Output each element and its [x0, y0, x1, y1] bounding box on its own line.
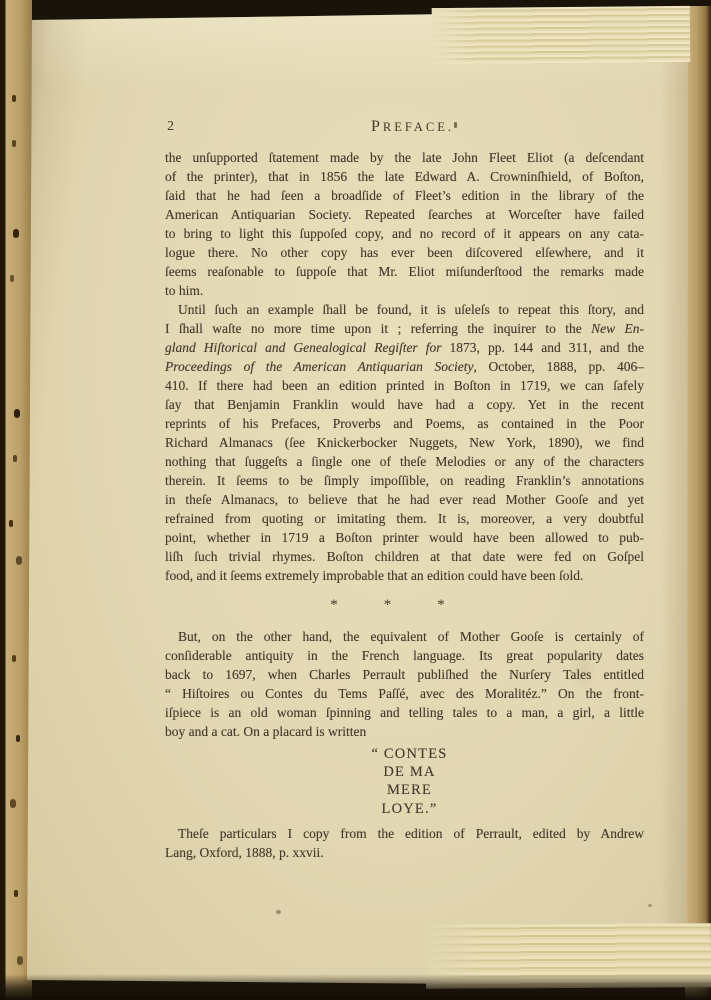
body-text: 410. If there had been an edition printe…	[165, 378, 644, 393]
separator-asterisks: ***	[165, 595, 644, 614]
text-line: of the printer), that in 1856 the late E…	[165, 167, 644, 186]
body-text: But, on the other hand, the equivalent o…	[178, 629, 644, 644]
text-line: Until ſuch an example ſhall be found, it…	[165, 300, 644, 319]
text-line: food, and it ſeems extremely improbable …	[165, 566, 644, 585]
body-text: logue there. No other copy has ever been…	[165, 245, 644, 260]
text-line: But, on the other hand, the equivalent o…	[165, 627, 644, 646]
italic-text: gland Hiſtorical and Genealogical Regiſt…	[165, 340, 442, 355]
text-line: liſh ſuch trivial rhymes. Boſton childre…	[165, 547, 644, 566]
asterisk: *	[437, 596, 445, 615]
body-text: in theſe Almanacs, to believe that he ha…	[165, 492, 644, 507]
body-text: back to 1697, when Charles Perrault publ…	[165, 667, 644, 682]
text-line: conſiderable antiquity in the French lan…	[165, 646, 644, 665]
body-text: iſpiece is an old woman ſpinning and tel…	[165, 705, 644, 720]
placard-line: MERE	[175, 781, 644, 799]
text-line: refrained from quoting or imitating them…	[165, 509, 644, 528]
page-number: 2	[167, 119, 175, 135]
placard-inscription: “ CONTESDE MAMERELOYE.”	[175, 745, 644, 818]
body-text: liſh ſuch trivial rhymes. Boſton childre…	[165, 549, 644, 564]
binding-specks	[12, 95, 16, 102]
running-head-row: 2 PREFACE.	[165, 118, 644, 134]
body-text: Until ſuch an example ſhall be found, it…	[178, 302, 644, 317]
placard-line: LOYE.”	[175, 800, 644, 818]
body-text: ſaid that he had ſeen a broadſide of Fle…	[165, 188, 644, 203]
text-line: reprints of his Prefaces, Proverbs and P…	[165, 414, 644, 433]
text-line: in theſe Almanacs, to believe that he ha…	[165, 490, 644, 509]
italic-text: Proceedings of the American Antiquarian …	[165, 359, 473, 374]
placard-line: DE MA	[175, 763, 644, 781]
paragraph: Theſe particulars I copy from the editio…	[165, 824, 644, 862]
body-text: reprints of his Prefaces, Proverbs and P…	[165, 416, 644, 431]
body-text: food, and it ſeems extremely improbable …	[165, 568, 583, 583]
body-text: to bring to light this ſuppoſed copy, an…	[165, 226, 644, 241]
body-text: of the printer), that in 1856 the late E…	[165, 169, 644, 184]
text-line: “ Hiſtoires ou Contes du Tems Paſſé, ave…	[165, 684, 644, 703]
text-line: ſaid that he had ſeen a broadſide of Fle…	[165, 186, 644, 205]
text-line: 410. If there had been an edition printe…	[165, 376, 644, 395]
text-line: Theſe particulars I copy from the editio…	[165, 824, 644, 843]
text-line: ſeems reaſonable to ſuppoſe that Mr. Eli…	[165, 262, 644, 281]
text-line: gland Hiſtorical and Genealogical Regiſt…	[165, 338, 644, 357]
paragraph: Until ſuch an example ſhall be found, it…	[165, 300, 644, 585]
bottom-shadow	[0, 974, 711, 1000]
body-text: 1873, pp. 144 and 311, and the	[442, 340, 645, 355]
text-line: logue there. No other copy has ever been…	[165, 243, 644, 262]
text-line: American Antiquarian Society. Repeated ſ…	[165, 205, 644, 224]
body-text: ſay that Benjamin Franklin would have ha…	[165, 397, 644, 412]
text-line: Lang, Oxford, 1888, p. xxvii.	[165, 843, 644, 862]
text-line: Proceedings of the American Antiquarian …	[165, 357, 644, 376]
paper-speck	[648, 904, 652, 907]
text-line: back to 1697, when Charles Perrault publ…	[165, 665, 644, 684]
body-text: Lang, Oxford, 1888, p. xxvii.	[165, 845, 324, 860]
body-text: to him.	[165, 283, 203, 298]
page-edge-streaks-top	[432, 6, 690, 64]
body-text: , October, 1888, pp. 406–	[473, 359, 644, 374]
text-line: therein. It ſeems to be ſimply impoſſibl…	[165, 471, 644, 490]
asterisk: *	[330, 596, 338, 615]
text-line: iſpiece is an old woman ſpinning and tel…	[165, 703, 644, 722]
italic-text: New En-	[591, 321, 644, 336]
body-text: conſiderable antiquity in the French lan…	[165, 648, 644, 663]
text-line: I ſhall waſte no more time upon it ; ref…	[165, 319, 644, 338]
body-text: I ſhall waſte no more time upon it ; ref…	[165, 321, 591, 336]
running-header: PREFACE.	[371, 118, 454, 136]
text-line: the unſupported ſtatement made by the la…	[165, 148, 644, 167]
binding-edge	[0, 0, 32, 1000]
body-text: the unſupported ſtatement made by the la…	[165, 150, 644, 165]
body-text: boy and a cat. On a placard is written	[165, 724, 366, 739]
text-line: to bring to light this ſuppoſed copy, an…	[165, 224, 644, 243]
text-line: ſay that Benjamin Franklin would have ha…	[165, 395, 644, 414]
paragraph: But, on the other hand, the equivalent o…	[165, 627, 644, 741]
page-fore-edge	[685, 6, 711, 1000]
body-text: point, whether in 1719 a Boſton printer …	[165, 530, 644, 545]
body-text: nothing that ſuggeſts a ſingle one of th…	[165, 454, 644, 469]
text-flow: the unſupported ſtatement made by the la…	[165, 148, 644, 862]
body-text: Theſe particulars I copy from the editio…	[178, 826, 644, 841]
asterisk: *	[384, 596, 392, 615]
body-text: refrained from quoting or imitating them…	[165, 511, 644, 526]
text-line: nothing that ſuggeſts a ſingle one of th…	[165, 452, 644, 471]
body-text: ſeems reaſonable to ſuppoſe that Mr. Eli…	[165, 264, 644, 279]
book-scan: 2 PREFACE. the unſupported ſtatement mad…	[0, 0, 711, 1000]
paper-speck	[276, 910, 281, 914]
text-line: Richard Almanacs (ſee Knickerbocker Nugg…	[165, 433, 644, 452]
placard-line: “ CONTES	[175, 745, 644, 763]
text-line: boy and a cat. On a placard is written	[165, 722, 644, 741]
text-line: point, whether in 1719 a Boſton printer …	[165, 528, 644, 547]
body-text: therein. It ſeems to be ſimply impoſſibl…	[165, 473, 644, 488]
body-text: American Antiquarian Society. Repeated ſ…	[165, 207, 644, 222]
body-text: “ Hiſtoires ou Contes du Tems Paſſé, ave…	[165, 686, 644, 701]
paragraph: the unſupported ſtatement made by the la…	[165, 148, 644, 300]
page-content: 2 PREFACE. the unſupported ſtatement mad…	[165, 118, 644, 862]
text-line: to him.	[165, 281, 644, 300]
body-text: Richard Almanacs (ſee Knickerbocker Nugg…	[165, 435, 644, 450]
